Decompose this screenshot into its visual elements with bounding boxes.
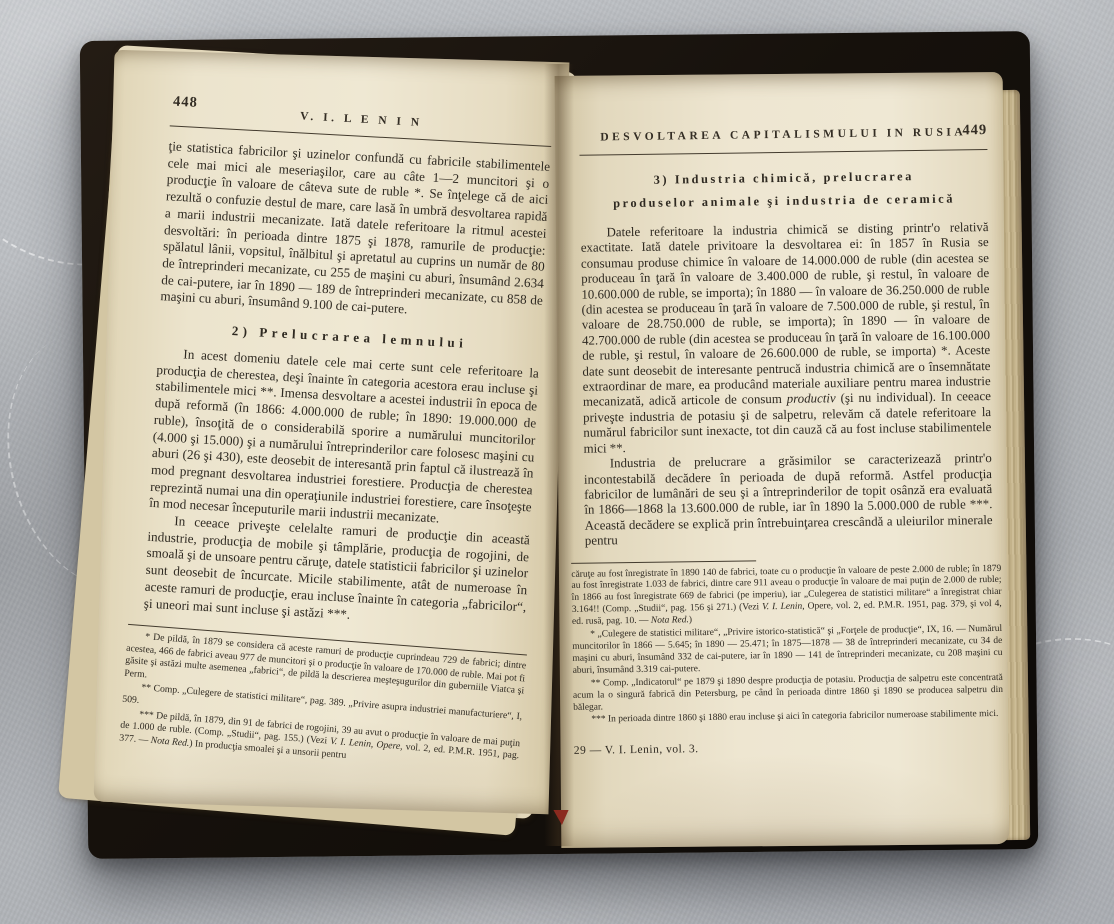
footnote: * „Culegere de statistici militare“, „Pr… [572, 624, 1003, 678]
paragraph: In ceeace priveşte celelalte ramuri de p… [143, 512, 530, 633]
left-page-content: 448 V. I. L E N I N ţie statistica fabri… [136, 97, 553, 767]
paragraph: Industria de prelucrare a grăsimilor se … [584, 451, 993, 549]
footnote-continuation: căruţe au fost înregistrate în 1890 140 … [571, 563, 1002, 629]
right-page-number: 449 [962, 122, 987, 139]
right-footnotes: căruţe au fost înregistrate în 1890 140 … [571, 556, 1004, 757]
left-page-header: 448 V. I. L E N I N [170, 97, 553, 140]
right-running-header: DESVOLTAREA CAPITALISMULUI IN RUSIA [579, 126, 987, 144]
left-page: 448 V. I. L E N I N ţie statistica fabri… [94, 50, 570, 814]
photo-scene: 448 V. I. L E N I N ţie statistica fabri… [0, 0, 1114, 924]
left-running-header: V. I. L E N I N [170, 103, 552, 136]
right-page-content: DESVOLTAREA CAPITALISMULUI IN RUSIA 449 … [579, 124, 996, 757]
paragraph: ţie statistica fabricilor şi uzinelor co… [160, 138, 550, 325]
printer-signature: 29 — V. I. Lenin, vol. 3. [574, 739, 1004, 757]
footnote: ** Comp. „Indicatorul“ pe 1879 şi 1890 d… [573, 673, 1003, 715]
paragraph: Datele referitoare la industria chimică … [580, 220, 991, 457]
section-heading-chimica-line2: produselor animale şi industria de ceram… [580, 189, 988, 214]
right-page: DESVOLTAREA CAPITALISMULUI IN RUSIA 449 … [555, 72, 1010, 848]
paragraph: In acest domeniu datele cele mai certe s… [149, 345, 539, 532]
section-heading-chimica-line1: 3) Industria chimică, prelucrarea [580, 166, 988, 191]
left-footnotes: * De pildă, în 1879 se considera că aces… [119, 624, 527, 776]
right-page-header: DESVOLTAREA CAPITALISMULUI IN RUSIA 449 [579, 124, 987, 152]
